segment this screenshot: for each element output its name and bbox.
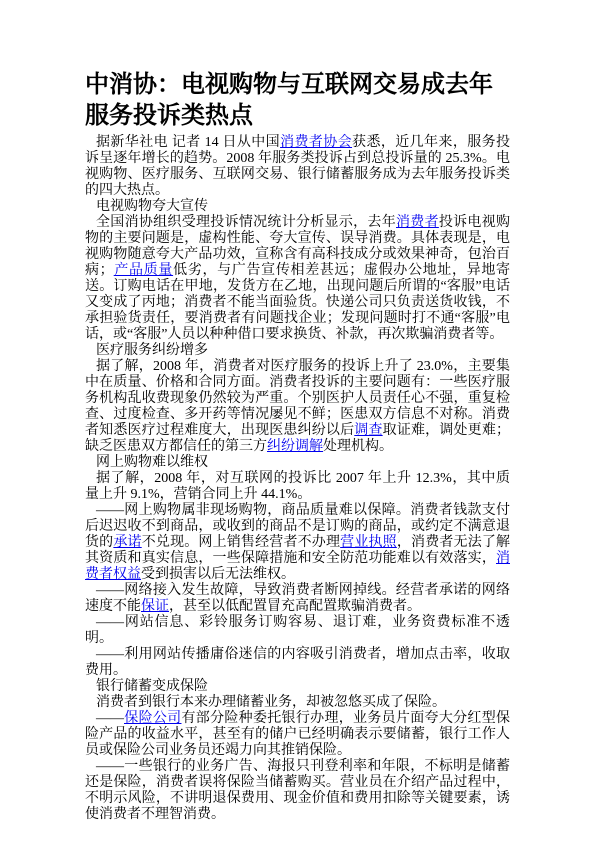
paragraph: ——利用网站传播庸俗迷信的内容吸引消费者，增加点击率，收取费用。 xyxy=(85,647,510,679)
document-page: 中消协：电视购物与互联网交易成去年服务投诉类热点 据新华社电 记者 14 日从中… xyxy=(0,0,595,842)
text-run: 消费者到银行本来办理储蓄业务，却被忽悠买成了保险。 xyxy=(96,695,446,710)
paragraph: 全国消协组织受理投诉情况统计分析显示，去年消费者投诉电视购物的主要问题是，虚构性… xyxy=(85,215,510,343)
inline-link[interactable]: 保证 xyxy=(141,599,169,614)
text-run: 处理机构。 xyxy=(323,439,393,454)
paragraph: 消费者到银行本来办理储蓄业务，却被忽悠买成了保险。 xyxy=(85,695,510,711)
paragraph: 据了解，2008 年，对互联网的投诉比 2007 年上升 12.3%，其中质量上… xyxy=(85,471,510,503)
inline-link[interactable]: 保险公司 xyxy=(124,711,181,726)
text-run: 受到损害以后无法维权。 xyxy=(141,567,295,582)
paragraph: ——网上购物属非现场购物，商品质量难以保障。消费者钱款支付后迟迟收不到商品，或收… xyxy=(85,503,510,583)
article-body: 据新华社电 记者 14 日从中国消费者协会获悉，近几年来，服务投诉呈逐年增长的趋… xyxy=(85,135,510,823)
section-heading: 银行储蓄变成保险 xyxy=(85,679,510,695)
inline-link[interactable]: 营业执照 xyxy=(340,535,397,550)
text-run: 不兑现。网上销售经营者不办理 xyxy=(142,535,340,550)
paragraph: ——网站信息、彩铃服务订购容易、退订难，业务资费标准不透明。 xyxy=(85,615,510,647)
inline-link[interactable]: 调查 xyxy=(354,423,382,438)
inline-link[interactable]: 消费者 xyxy=(396,215,439,230)
article-title: 中消协：电视购物与互联网交易成去年服务投诉类热点 xyxy=(85,70,510,132)
text-run: 据了解，2008 年，对互联网的投诉比 2007 年上升 12.3%，其中质量上… xyxy=(85,471,510,502)
text-run: 银行储蓄变成保险 xyxy=(96,679,208,694)
text-run: 全国消协组织受理投诉情况统计分析显示，去年 xyxy=(96,215,396,230)
paragraph: 据了解，2008 年，消费者对医疗服务的投诉上升了 23.0%，主要集中在质量、… xyxy=(85,359,510,455)
text-run: ——利用网站传播庸俗迷信的内容吸引消费者，增加点击率，收取费用。 xyxy=(85,647,510,678)
text-run: 网上购物难以维权 xyxy=(96,455,208,470)
inline-link[interactable]: 纠纷调解 xyxy=(267,439,323,454)
paragraph: ——保险公司有部分险种委托银行办理，业务员片面夸大分红型保险产品的收益水平，甚至… xyxy=(85,711,510,759)
text-run: ——网站信息、彩铃服务订购容易、退订难，业务资费标准不透明。 xyxy=(85,615,510,646)
inline-link[interactable]: 消费者协会 xyxy=(280,135,352,150)
paragraph: ——一些银行的业务广告、海报只刊登利率和年限，不标明是储蓄还是保险，消费者误将保… xyxy=(85,759,510,823)
inline-link[interactable]: 产品质量 xyxy=(114,263,173,278)
text-run: ，甚至以低配置冒充高配置欺骗消费者。 xyxy=(169,599,421,614)
paragraph: 据新华社电 记者 14 日从中国消费者协会获悉，近几年来，服务投诉呈逐年增长的趋… xyxy=(85,135,510,199)
text-run: 医疗服务纠纷增多 xyxy=(96,343,208,358)
section-heading: 电视购物夸大宣传 xyxy=(85,199,510,215)
inline-link[interactable]: 承诺 xyxy=(113,535,141,550)
text-run: 据新华社电 记者 14 日从中国 xyxy=(96,135,280,150)
text-run: —— xyxy=(96,711,124,726)
text-run: 电视购物夸大宣传 xyxy=(96,199,208,214)
section-heading: 网上购物难以维权 xyxy=(85,455,510,471)
paragraph: ——网络接入发生故障，导致消费者断网掉线。经营者承诺的网络速度不能保证，甚至以低… xyxy=(85,583,510,615)
text-run: ——一些银行的业务广告、海报只刊登利率和年限，不标明是储蓄还是保险，消费者误将保… xyxy=(85,759,510,822)
section-heading: 医疗服务纠纷增多 xyxy=(85,343,510,359)
